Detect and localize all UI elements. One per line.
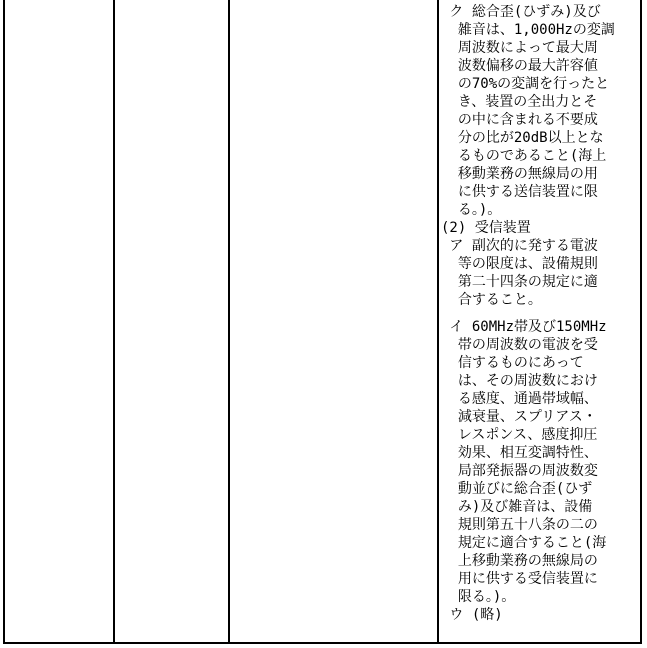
- text-line: る。)。: [441, 201, 639, 219]
- text-line: 上移動業務の無線局の: [441, 552, 639, 570]
- text-line: 規定に適合すること(海: [441, 534, 639, 552]
- text-line: 局部発振器の周波数変: [441, 462, 639, 480]
- text-line: き、装置の全出力とそ: [441, 93, 639, 111]
- text-line: 規則第五十八条の二の: [441, 516, 639, 534]
- text-line: 信するものにあって: [441, 354, 639, 372]
- text-line: 等の限度は、設備規則: [441, 255, 639, 273]
- table-border-right: [640, 0, 642, 644]
- text-line: レスポンス、感度抑圧: [441, 426, 639, 444]
- text-line: 効果、相互変調特性、: [441, 444, 639, 462]
- text-line: 動並びに総合歪(ひず: [441, 480, 639, 498]
- text-line: る感度、通過帯域幅、: [441, 390, 639, 408]
- text-line: の中に含まれる不要成: [441, 111, 639, 129]
- text-line: 限る。)。: [441, 588, 639, 606]
- text-line: 第二十四条の規定に適: [441, 273, 639, 291]
- paragraph-item-ku: ク 総合歪(ひずみ)及び 雑音は、1,000Hzの変調 周波数によって最大周 波…: [441, 3, 639, 219]
- empty-cell-2: [115, 0, 228, 642]
- text-line: ク 総合歪(ひずみ)及び: [441, 3, 639, 21]
- text-line: (2) 受信装置: [441, 219, 639, 237]
- text-line: 波数偏移の最大許容値: [441, 57, 639, 75]
- empty-cell-1: [5, 0, 113, 642]
- paragraph-item-a: ア 副次的に発する電波 等の限度は、設備規則 第二十四条の規定に適 合すること。: [441, 237, 639, 309]
- text-line: は、その周波数におけ: [441, 372, 639, 390]
- table-border-col3: [437, 0, 439, 644]
- empty-cell-3: [230, 0, 437, 642]
- text-line: 雑音は、1,000Hzの変調: [441, 21, 639, 39]
- text-line: ア 副次的に発する電波: [441, 237, 639, 255]
- regulation-text-cell: ク 総合歪(ひずみ)及び 雑音は、1,000Hzの変調 周波数によって最大周 波…: [441, 3, 639, 624]
- paragraph-item-i: イ 60MHz帯及び150MHz 帯の周波数の電波を受 信するものにあって は、…: [441, 318, 639, 606]
- text-line: イ 60MHz帯及び150MHz: [441, 318, 639, 336]
- document-page: ク 総合歪(ひずみ)及び 雑音は、1,000Hzの変調 周波数によって最大周 波…: [0, 0, 647, 648]
- text-line: に供する送信装置に限: [441, 183, 639, 201]
- text-line: 減衰量、スプリアス・: [441, 408, 639, 426]
- text-line: るものであること(海上: [441, 147, 639, 165]
- text-line: み)及び雑音は、設備: [441, 498, 639, 516]
- text-line: 合すること。: [441, 291, 639, 309]
- paragraph-item-u: ウ (略): [441, 606, 639, 624]
- text-line: 移動業務の無線局の用: [441, 165, 639, 183]
- paragraph-item-2-heading: (2) 受信装置: [441, 219, 639, 237]
- text-line: の70%の変調を行ったと: [441, 75, 639, 93]
- text-line: 帯の周波数の電波を受: [441, 336, 639, 354]
- text-line: 周波数によって最大周: [441, 39, 639, 57]
- text-line: 分の比が20dB以上とな: [441, 129, 639, 147]
- text-line: 用に供する受信装置に: [441, 570, 639, 588]
- table-border-bottom: [3, 642, 642, 644]
- text-line: ウ (略): [441, 606, 639, 624]
